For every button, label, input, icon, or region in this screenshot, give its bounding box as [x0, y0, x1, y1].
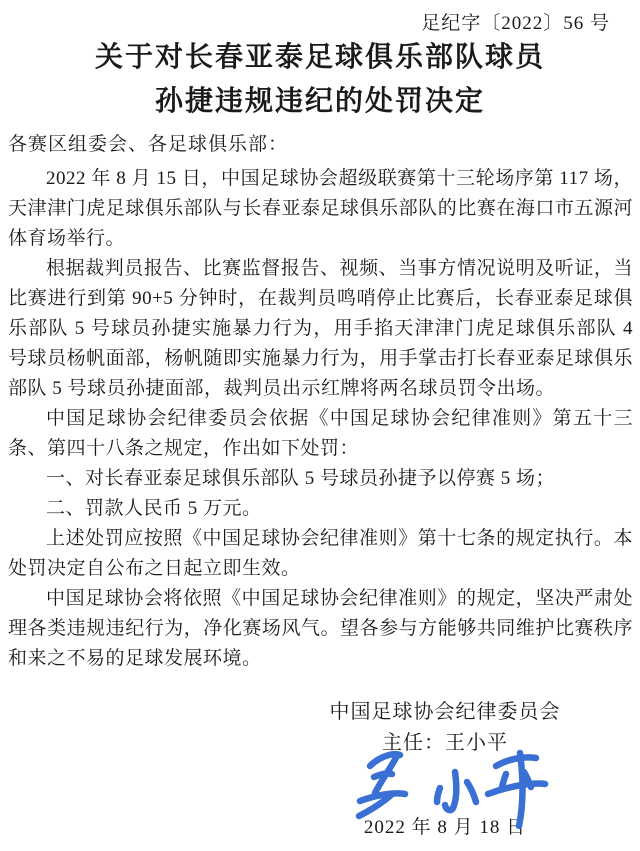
salutation: 各赛区组委会、各足球俱乐部：	[8, 129, 288, 156]
signature-block: 中国足球协会纪律委员会 主任：王小平	[320, 697, 570, 759]
document-title-line-2: 孙捷违规违纪的处罚决定	[0, 80, 640, 124]
paragraph-execution: 上述处罚应按照《中国足球协会纪律准则》第十七条的规定执行。本处罚决定自公布之日起…	[8, 524, 633, 584]
paragraph-penalty-item-2: 二、罚款人民币 5 万元。	[8, 494, 633, 524]
signature-date: 2022 年 8 月 18 日	[320, 812, 570, 839]
document-number: 足纪字〔2022〕56 号	[421, 8, 610, 35]
paragraph-ruling-basis: 中国足球协会纪律委员会依据《中国足球协会纪律准则》第五十三条、第四十八条之规定，…	[8, 404, 633, 464]
official-document-page: 足纪字〔2022〕56 号 关于对长春亚泰足球俱乐部队球员 孙捷违规违纪的处罚决…	[0, 0, 640, 851]
paragraph-incident: 根据裁判员报告、比赛监督报告、视频、当事方情况说明及听证，当比赛进行到第 90+…	[8, 254, 633, 404]
paragraph-match-info: 2022 年 8 月 15 日，中国足球协会超级联赛第十三轮场序第 117 场，…	[8, 164, 633, 254]
paragraph-closing: 中国足球协会将依照《中国足球协会纪律准则》的规定，坚决严肃处理各类违规违纪行为，…	[8, 584, 633, 674]
document-title: 关于对长春亚泰足球俱乐部队球员 孙捷违规违纪的处罚决定	[0, 36, 640, 124]
document-body: 2022 年 8 月 15 日，中国足球协会超级联赛第十三轮场序第 117 场，…	[8, 164, 633, 674]
signer-title: 主任：王小平	[320, 728, 570, 759]
paragraph-penalty-item-1: 一、对长春亚泰足球俱乐部队 5 号球员孙捷予以停赛 5 场；	[8, 464, 633, 494]
signing-organization: 中国足球协会纪律委员会	[320, 697, 570, 728]
document-title-line-1: 关于对长春亚泰足球俱乐部队球员	[0, 36, 640, 80]
